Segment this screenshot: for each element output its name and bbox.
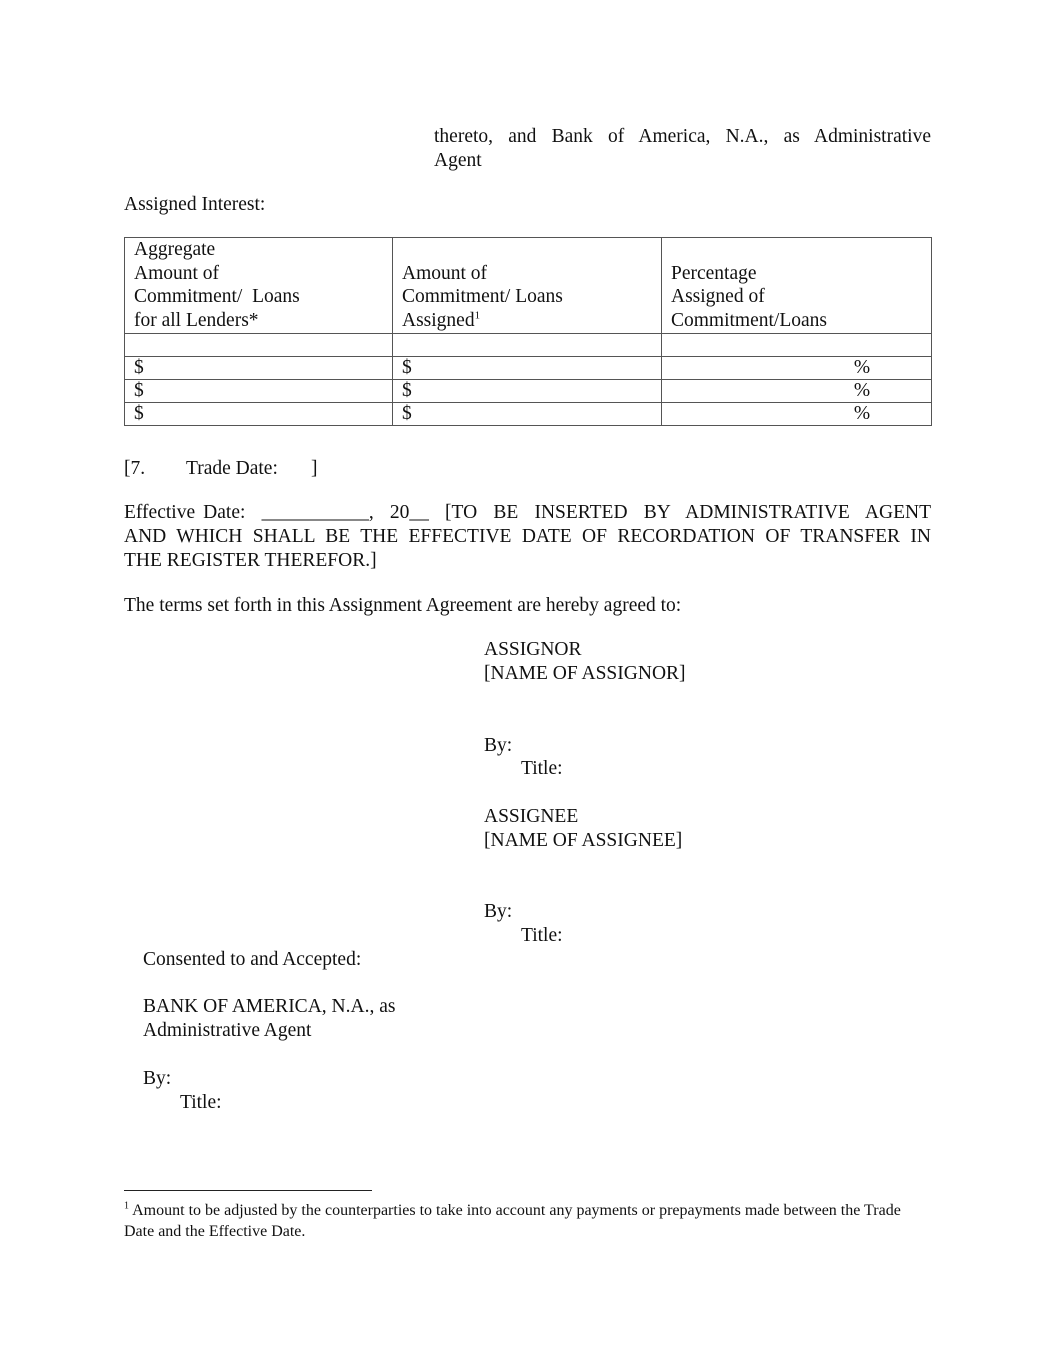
header-amount-assigned: Amount of Commitment/ Loans Assigned1 (393, 238, 662, 334)
table-cell-assigned: $ (393, 380, 662, 403)
table-row: $ $ % (125, 357, 932, 380)
header-text: Assigned1 (402, 309, 652, 333)
assignee-name: [NAME OF ASSIGNEE] (484, 829, 682, 853)
assigned-interest-table: Aggregate Amount of Commitment/ Loans fo… (124, 237, 932, 426)
consent-title: Title: (180, 1091, 222, 1115)
header-text: Assigned of (671, 285, 922, 309)
table-header-row: Aggregate Amount of Commitment/ Loans fo… (125, 238, 932, 334)
header-percentage-assigned: Percentage Assigned of Commitment/Loans (662, 238, 932, 334)
table-cell (393, 334, 662, 357)
consent-label: Consented to and Accepted: (143, 948, 361, 972)
table-cell-aggregate: $ (125, 403, 393, 426)
assigned-interest-label: Assigned Interest: (124, 193, 265, 217)
table-cell-assigned: $ (393, 403, 662, 426)
trade-date-close: ] (311, 457, 318, 481)
header-aggregate-amount: Aggregate Amount of Commitment/ Loans fo… (125, 238, 393, 334)
header-text: Amount of (134, 262, 383, 286)
table-blank-row (125, 334, 932, 357)
consent-entity-line2: Administrative Agent (143, 1019, 311, 1043)
header-continuation-line1: thereto, and Bank of America, N.A., as A… (434, 125, 931, 149)
footnote-text: Amount to be adjusted by the counterpart… (124, 1202, 901, 1240)
assignee-heading: ASSIGNEE (484, 805, 578, 829)
header-text: Amount of (402, 262, 652, 286)
header-text: Percentage (671, 262, 922, 286)
assignee-title: Title: (521, 924, 563, 948)
table-cell-aggregate: $ (125, 357, 393, 380)
agreement-text: The terms set forth in this Assignment A… (124, 594, 681, 618)
header-text: for all Lenders* (134, 309, 383, 333)
footnote-reference: 1 (475, 309, 481, 321)
table-cell (125, 334, 393, 357)
table-cell-percentage: % (662, 357, 932, 380)
footnote-separator (124, 1190, 372, 1191)
assignor-title: Title: (521, 757, 563, 781)
header-text-assigned: Assigned (402, 310, 475, 331)
header-text: Commitment/ Loans (134, 285, 383, 309)
trade-date-number: [7. (124, 457, 145, 481)
trade-date-label: Trade Date: (186, 457, 278, 481)
header-text: Commitment/Loans (671, 309, 922, 333)
effective-date-line1: Effective Date: ___________, 20__ [TO BE… (124, 501, 931, 525)
table-cell (662, 334, 932, 357)
assignor-name: [NAME OF ASSIGNOR] (484, 662, 686, 686)
footnote: 1 Amount to be adjusted by the counterpa… (124, 1200, 934, 1242)
table-cell-aggregate: $ (125, 380, 393, 403)
effective-date-line3: THE REGISTER THEREFOR.] (124, 549, 377, 573)
header-text: Aggregate (134, 238, 383, 262)
effective-date-line2: AND WHICH SHALL BE THE EFFECTIVE DATE OF… (124, 525, 931, 549)
consent-by: By: (143, 1067, 171, 1091)
header-text: Commitment/ Loans (402, 285, 652, 309)
table-cell-percentage: % (662, 403, 932, 426)
header-continuation-line2: Agent (434, 149, 482, 173)
assignee-by: By: (484, 900, 512, 924)
table-row: $ $ % (125, 403, 932, 426)
table-row: $ $ % (125, 380, 932, 403)
table-cell-percentage: % (662, 380, 932, 403)
table-cell-assigned: $ (393, 357, 662, 380)
assignor-heading: ASSIGNOR (484, 638, 582, 662)
consent-entity-line1: BANK OF AMERICA, N.A., as (143, 995, 395, 1019)
assignor-by: By: (484, 734, 512, 758)
